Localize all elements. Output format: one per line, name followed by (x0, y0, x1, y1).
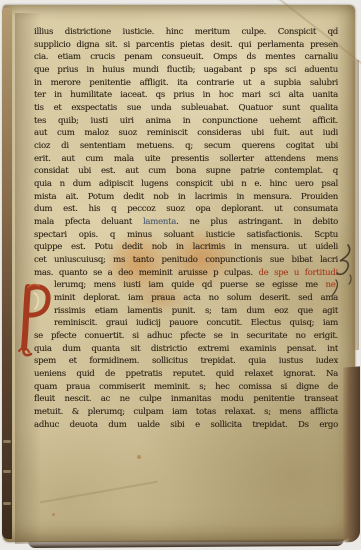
rust-spot (52, 513, 55, 516)
manuscript-line: metuit. & plerumq; culpam iam totas rela… (34, 406, 338, 419)
binding-stitch (3, 470, 11, 473)
manuscript-line: tis et exspectatis sue unda subleuabat. … (34, 102, 338, 115)
manuscript-text: tis et exspectatis sue unda subleuabat. … (34, 103, 338, 113)
manuscript-text: que prius in huius mundi fluctib; uagaba… (34, 65, 338, 75)
manuscript-text: minit deplorat. iam praua acta no solum … (54, 293, 338, 303)
manuscript-line: fleuit nescit. ac ne culpe inmanitas mod… (34, 393, 338, 406)
manuscript-line: mista ait. Potum dedit nob in lacrimis i… (34, 191, 338, 204)
manuscript-text: ter in humilitate iaceat. qs prius in ho… (34, 90, 338, 100)
page-edge-bottom (28, 539, 344, 548)
manuscript-text: cia. etiam crucis penam consueuit. Omps … (34, 52, 338, 62)
manuscript-line: quam praua commiserit meminit. s; hec co… (34, 381, 338, 394)
manuscript-line: rissimis etiam lamentis punit. s; tam du… (34, 305, 338, 318)
manuscript-text: quippe est. Potu dedit nob in lacrimis i… (34, 242, 338, 252)
manuscript-text: supplicio digna sit. si parcentis pietas… (34, 40, 338, 50)
manuscript-line: ueniens quid de ppetratis reputet. quid … (34, 368, 338, 381)
manuscript-text: cioz di sententiam metuens. q; secum que… (34, 141, 338, 151)
manuscript-line: se pfecte conuertit. si adhuc pfecte se … (34, 330, 338, 343)
manuscript-line: lerumq; mens iusti iam quide qd puerse s… (34, 279, 338, 292)
manuscript-line: reminiscit. graui iudicij pauore concuti… (34, 317, 338, 330)
manuscript-line: spem et formidinem. sollicitus trepidat.… (34, 355, 338, 368)
manuscript-text: fleuit nescit. ac ne culpe inmanitas mod… (34, 394, 338, 404)
manuscript-text: adhuc deuota dum ualde sibi e sollicita … (34, 420, 338, 430)
drop-cap-initial: P (15, 282, 53, 360)
manuscript-line: cet uniuscuiusq; ms tanto penitudo conpu… (34, 254, 338, 267)
manuscript-text: erit. aut cum mala uite presentis soller… (34, 154, 338, 164)
binding-stitch (3, 440, 11, 443)
manuscript-line: quippe est. Potu dedit nob in lacrimis i… (34, 241, 338, 254)
manuscript-line: cioz di sententiam metuens. q; secum que… (34, 140, 338, 153)
manuscript-line: considat ubi est. aut cum bona supne pat… (34, 165, 338, 178)
manuscript-line: dum est. his q peccoz suoz opa deplorant… (34, 203, 338, 216)
page-edge-right-bottom (343, 366, 360, 542)
manuscript-text: mas. quanto se a deo meminit aruisse p c… (34, 268, 258, 278)
manuscript-text: mista ait. Potum dedit nob in lacrimis i… (34, 192, 338, 202)
manuscript-line: cia. etiam crucis penam consueuit. Omps … (34, 51, 338, 64)
manuscript-line: illius districtione iusticie. hinc merit… (34, 26, 338, 39)
manuscript-line: mas. quanto se a deo meminit aruisse p c… (34, 267, 338, 280)
manuscript-text: quam praua commiserit meminit. s; hec co… (34, 382, 338, 392)
text-block: illius districtione iusticie. hinc merit… (34, 26, 338, 432)
manuscript-line: in merore penitentie affligit. ita contr… (34, 77, 338, 90)
manuscript-text: aut cum maloz suoz reminiscit consideras… (34, 128, 338, 138)
manuscript-line: minit deplorat. iam praua acta no solum … (34, 292, 338, 305)
parchment-crease (40, 481, 159, 504)
manuscript-text: rissimis etiam lamentis punit. s; tam du… (54, 306, 338, 316)
manuscript-text: cet uniuscuiusq; ms tanto penitudo conpu… (34, 255, 338, 265)
manuscript-line: ter in humilitate iaceat. qs prius in ho… (34, 89, 338, 102)
manuscript-text: illius districtione iusticie. hinc merit… (34, 27, 338, 37)
rubric-text: de spe u fortitudi (258, 268, 338, 278)
manuscript-text: . ne plus astringant. in debito (176, 217, 338, 227)
manuscript-text: quia n dum adipiscit lugens conspicit ub… (34, 179, 338, 189)
manuscript-line: spectari opis. q minus soluant iusticie … (34, 229, 338, 242)
manuscript-line: aut cum maloz suoz reminiscit consideras… (34, 127, 338, 140)
manuscript-text: spem et formidinem. sollicitus trepidat.… (34, 356, 338, 366)
binding-stitch (3, 502, 11, 505)
page-edge-right (351, 60, 359, 350)
manuscript-text: dum est. his q peccoz suoz opa deplorant… (34, 204, 338, 214)
correction-text: lamenta (143, 217, 176, 227)
manuscript-line: erit. aut cum mala uite presentis soller… (34, 153, 338, 166)
manuscript-text: ueniens quid de ppetratis reputet. quid … (34, 369, 338, 379)
parchment-page: illius districtione iusticie. hinc merit… (3, 5, 355, 542)
manuscript-text: in merore penitentie affligit. ita contr… (34, 78, 338, 88)
manuscript-text: metuit. & plerumq; culpam iam totas rela… (34, 407, 338, 417)
manuscript-text: reminiscit. graui iudicij pauore concuti… (54, 318, 338, 328)
manuscript-line: que prius in huius mundi fluctib; uagaba… (34, 64, 338, 77)
manuscript-text: se pfecte conuertit. si adhuc pfecte se … (34, 331, 338, 341)
rust-spot (137, 455, 141, 459)
manuscript-text: mala pfecta deluant (34, 217, 143, 227)
drop-cap-initial-icon (15, 282, 53, 360)
manuscript-text: considat ubi est. aut cum bona supne pat… (34, 166, 338, 176)
manuscript-line: mala pfecta deluant lamenta. ne plus ast… (34, 216, 338, 229)
manuscript-line: tes quib; iusti uiri anima in conpunctio… (34, 115, 338, 128)
manuscript-line: quia n dum adipiscit lugens conspicit ub… (34, 178, 338, 191)
manuscript-line: adhuc deuota dum ualde sibi e sollicita … (34, 419, 338, 432)
manuscript-photo: illius districtione iusticie. hinc merit… (0, 0, 361, 550)
manuscript-line: quia dum quanta sit districtio extremi e… (34, 343, 338, 356)
manuscript-text: lerumq; mens iusti iam quide qd puerse s… (54, 280, 326, 290)
manuscript-text: tes quib; iusti uiri anima in conpunctio… (34, 116, 338, 126)
manuscript-text: quia dum quanta sit districtio extremi e… (34, 344, 338, 354)
manuscript-text: spectari opis. q minus soluant iusticie … (34, 230, 338, 240)
manuscript-line: supplicio digna sit. si parcentis pietas… (34, 39, 338, 52)
binding-edge (2, 8, 12, 539)
